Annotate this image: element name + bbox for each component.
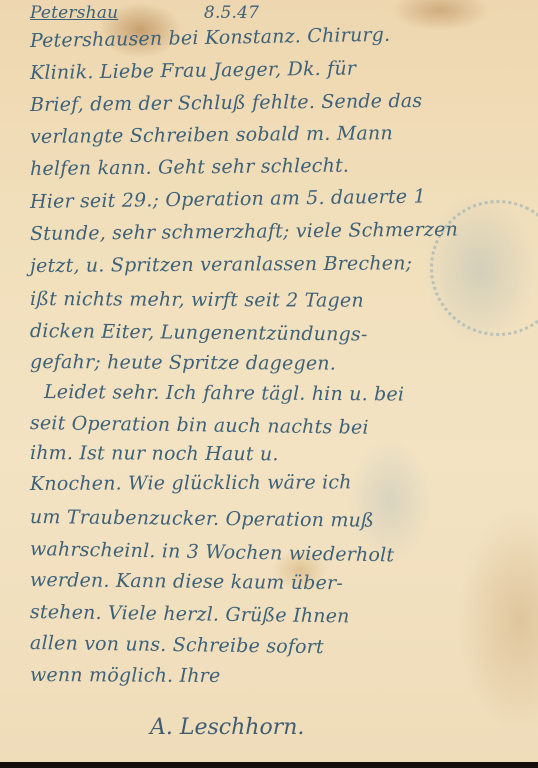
letter-line: Petershausen bei Konstanz. Chirurg. xyxy=(30,24,391,52)
letter-line: gefahr; heute Spritze dagegen. xyxy=(30,351,336,375)
letter-line: ißt nichts mehr, wirft seit 2 Tagen xyxy=(30,288,364,312)
letter-line: wahrscheinl. in 3 Wochen wiederholt xyxy=(30,538,395,566)
letter-line: um Traubenzucker. Operation muß xyxy=(30,506,374,532)
letter-line: verlangte Schreiben sobald m. Mann xyxy=(30,122,393,148)
letter-line: Klinik. Liebe Frau Jaeger, Dk. für xyxy=(30,57,356,84)
letter-line: dicken Eiter, Lungenentzündungs- xyxy=(30,320,368,346)
faded-stamp-mark xyxy=(408,178,538,359)
letter-page: Petershau 8.5.47 Petershausen bei Konsta… xyxy=(0,0,538,762)
letter-line: jetzt, u. Spritzen veranlassen Brechen; xyxy=(30,252,412,277)
letter-line: allen von uns. Schreibe sofort xyxy=(30,632,324,658)
letter-header: Petershau 8.5.47 xyxy=(30,3,259,23)
letter-line: Stunde, sehr schmerzhaft; viele Schmerze… xyxy=(30,219,458,245)
letter-line: ihm. Ist nur noch Haut u. xyxy=(30,442,279,465)
scan-edge xyxy=(0,762,538,768)
letter-line: seit Operation bin auch nachts bei xyxy=(30,412,369,439)
signature: A. Leschhorn. xyxy=(150,715,304,740)
letter-line: Knochen. Wie glücklich wäre ich xyxy=(30,471,352,495)
letter-line: werden. Kann diese kaum über- xyxy=(30,569,343,594)
header-date: 8.5.47 xyxy=(204,3,259,23)
letter-line: Leidet sehr. Ich fahre tägl. hin u. bei xyxy=(44,381,404,406)
letter-line: helfen kann. Geht sehr schlecht. xyxy=(30,155,349,180)
letter-line: Hier seit 29.; Operation am 5. dauerte 1 xyxy=(30,185,426,213)
letter-line: Brief, dem der Schluß fehlte. Sende das xyxy=(30,90,422,116)
header-place: Petershau xyxy=(30,3,118,23)
letter-line: stehen. Viele herzl. Grüße Ihnen xyxy=(30,601,350,627)
letter-line: wenn möglich. Ihre xyxy=(30,664,221,687)
